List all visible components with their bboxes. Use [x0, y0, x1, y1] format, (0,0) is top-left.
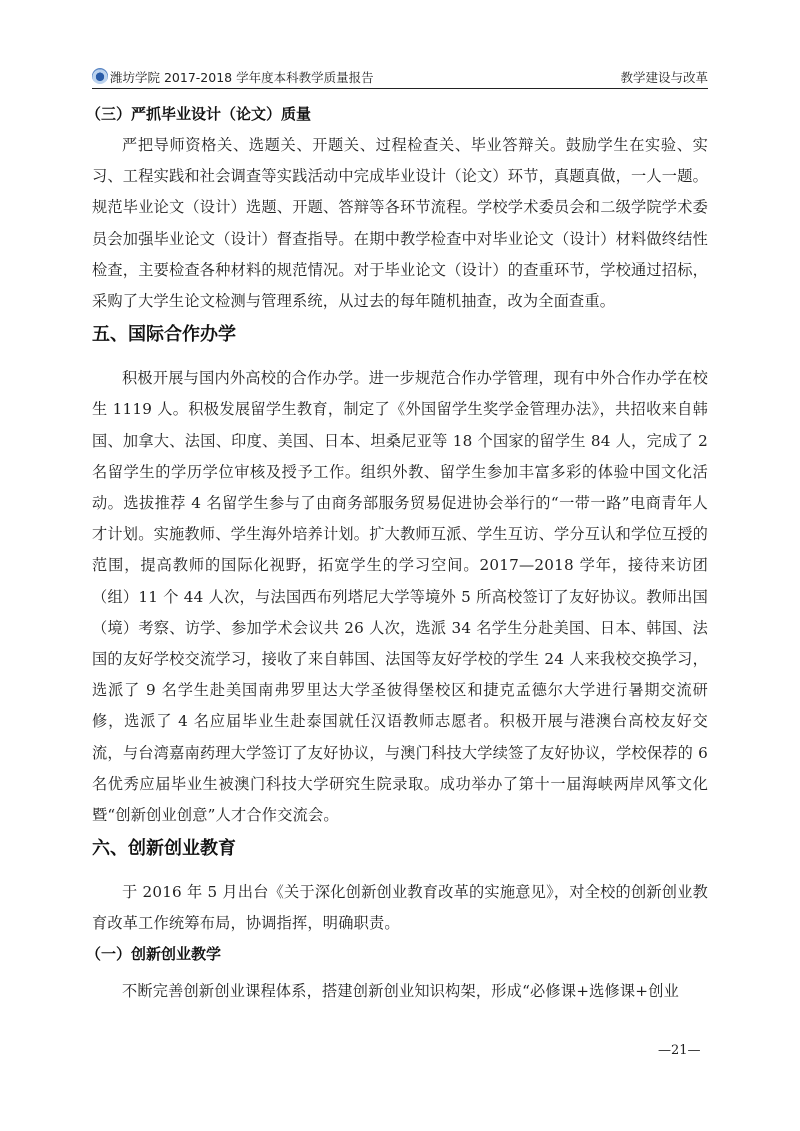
- heading-international-cooperation: 五、国际合作办学: [92, 323, 708, 363]
- heading-innovation-entrepreneurship: 六、创新创业教育: [92, 837, 708, 877]
- paragraph-innovation-policy: 于 2016 年 5 月出台《关于深化创新创业教育改革的实施意见》，对全校的创新…: [92, 877, 708, 939]
- header-left: 潍坊学院 2017-2018 学年度本科教学质量报告: [92, 68, 374, 86]
- paragraph-thesis-quality: 严把导师资格关、选题关、开题关、过程检查关、毕业答辩关。鼓励学生在实验、实习、工…: [92, 130, 708, 317]
- page-number: —21—: [658, 1043, 701, 1058]
- paragraph-innovation-teaching: 不断完善创新创业课程体系，搭建创新创业知识构架，形成“必修课+选修课+创业: [92, 976, 708, 1007]
- document-page: 潍坊学院 2017-2018 学年度本科教学质量报告 教学建设与改革 （三）严抓…: [0, 0, 800, 1131]
- university-emblem-icon: [92, 68, 108, 84]
- chapter-title: 教学建设与改革: [620, 68, 708, 86]
- page-content: （三）严抓毕业设计（论文）质量 严把导师资格关、选题关、开题关、过程检查关、毕业…: [92, 104, 708, 1007]
- paragraph-international-cooperation: 积极开展与国内外高校的合作办学。进一步规范合作办学管理，现有中外合作办学在校生 …: [92, 363, 708, 831]
- header-divider: [92, 88, 708, 89]
- page-header: 潍坊学院 2017-2018 学年度本科教学质量报告 教学建设与改革: [92, 64, 708, 86]
- report-title: 潍坊学院 2017-2018 学年度本科教学质量报告: [110, 68, 374, 86]
- subheading-thesis-quality: （三）严抓毕业设计（论文）质量: [86, 104, 708, 130]
- subheading-innovation-teaching: （一）创新创业教学: [86, 944, 708, 976]
